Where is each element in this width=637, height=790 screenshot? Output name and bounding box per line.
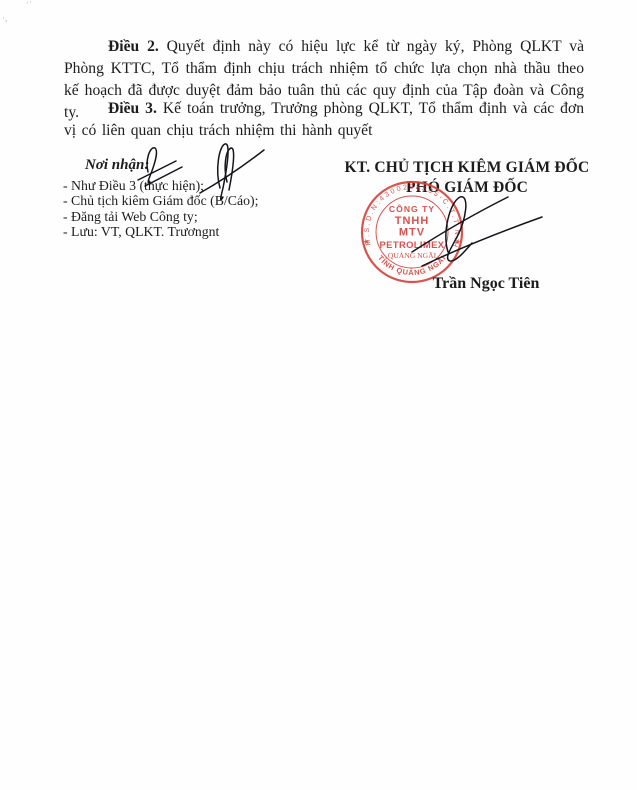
- director-signature: [398, 188, 548, 276]
- signer-name: Trần Ngọc Tiên: [416, 275, 556, 293]
- scan-artifact: ·,: [2, 13, 7, 23]
- recipient-item: - Lưu: VT, QLKT. Trươngnt: [63, 224, 303, 239]
- article-3-paragraph: Điều 3. Kế toán trưởng, Trưởng phòng QLK…: [64, 98, 584, 142]
- recipient-item: - Đăng tải Web Công ty;: [63, 209, 303, 224]
- document-page: ʻ ̓ ·, Điều 2. Quyết định này có hiệu lự…: [0, 0, 637, 790]
- article-3-label: Điều 3.: [108, 100, 157, 117]
- article-2-label: Điều 2.: [108, 38, 159, 55]
- scan-artifact: ʻ ̓: [26, 0, 31, 9]
- handwritten-initials: [130, 138, 270, 202]
